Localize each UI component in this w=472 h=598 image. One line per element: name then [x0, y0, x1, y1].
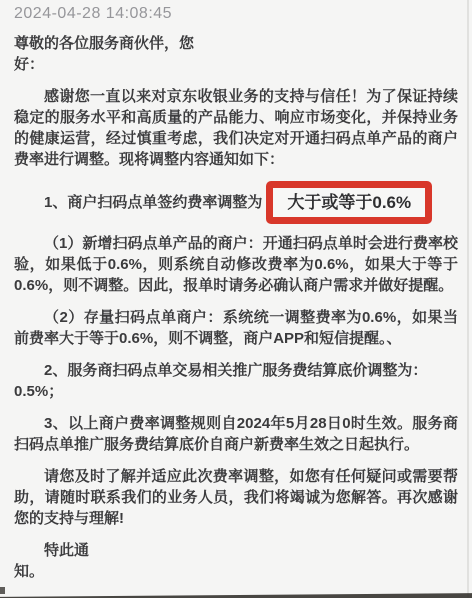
notice-content: 2024-04-28 14:08:45 尊敬的各位服务商伙伴，您 好： 感谢您一…	[0, 0, 472, 582]
greeting-text: 尊敬的各位服务商伙伴，您 好：	[14, 33, 458, 75]
item2-paragraph: 2、服务商扫码点单交易相关推广服务费结算底价调整为： 0.5%；	[14, 360, 458, 402]
message-timestamp: 2024-04-28 14:08:45	[14, 4, 458, 24]
item1-line: 1、商户扫码点单签约费率调整为 大于或等于0.6%	[14, 181, 458, 224]
signoff-text: 特此通 知。	[14, 540, 458, 582]
photo-corner-speck	[0, 587, 5, 594]
item1-prefix-text: 1、商户扫码点单签约费率调整为	[44, 192, 262, 213]
item1-sub1-paragraph: （1）新增扫码点单产品的商户：开通扫码点单时会进行费率校验，如果低于0.6%，则…	[14, 233, 458, 296]
intro-paragraph: 感谢您一直以来对京东收银业务的支持与信任！为了保证持续稳定的服务水平和高质量的产…	[14, 86, 458, 170]
item1-sub2-paragraph: （2）存量扫码点单商户：系统统一调整费率为0.6%，如果当前费率大于等于0.6%…	[14, 307, 458, 349]
item3-paragraph: 3、以上商户费率调整规则自2024年5月28日0时生效。服务商扫码点单推广服务费…	[14, 413, 458, 455]
photo-right-edge	[467, 0, 469, 598]
photo-bottom-edge	[0, 593, 472, 598]
rate-highlight-box: 大于或等于0.6%	[266, 181, 432, 224]
notice-document: 2024-04-28 14:08:45 尊敬的各位服务商伙伴，您 好： 感谢您一…	[0, 0, 472, 598]
closing-paragraph: 请您及时了解并适应此次费率调整，如您有任何疑问或需要帮助，请随时联系我们的业务人…	[14, 466, 458, 529]
